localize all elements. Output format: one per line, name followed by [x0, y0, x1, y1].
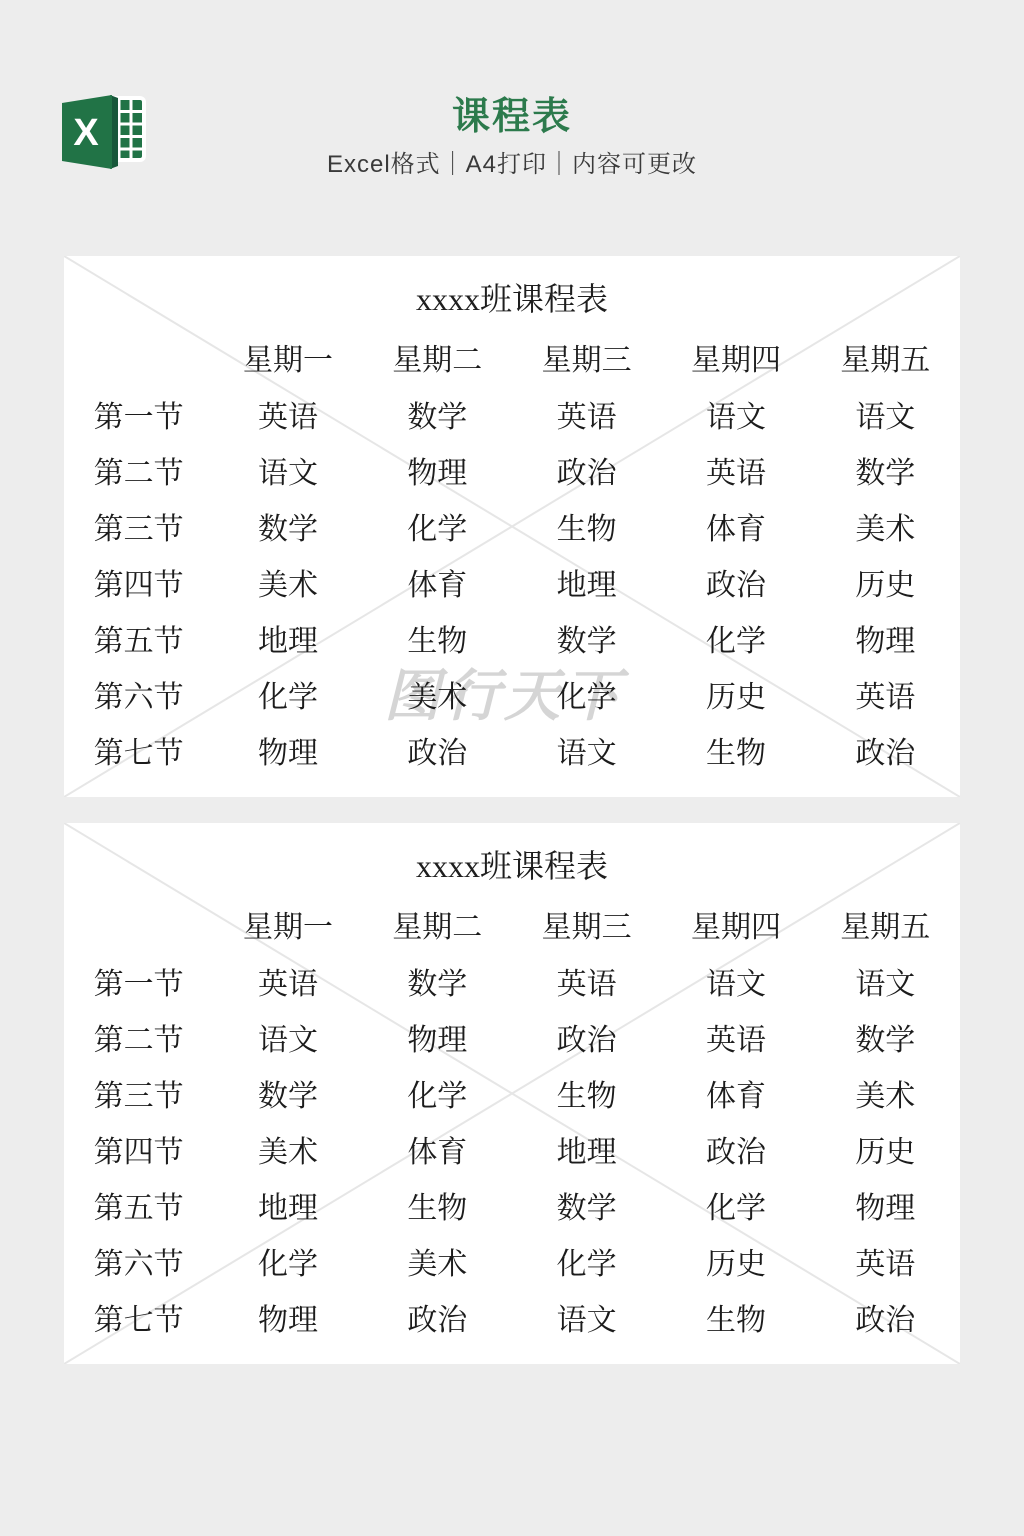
subject-cell: 地理 [213, 610, 362, 666]
period-label-cell: 第四节 [64, 554, 213, 610]
table-body: 第一节英语数学英语语文语文第二节语文物理政治英语数学第三节数学化学生物体育美术第… [64, 386, 960, 778]
period-label-cell: 第二节 [64, 1009, 213, 1065]
period-label-cell: 第七节 [64, 1289, 213, 1345]
table-row: 第七节物理政治语文生物政治 [64, 1289, 960, 1345]
period-label-cell: 第五节 [64, 1177, 213, 1233]
table-row: 第一节英语数学英语语文语文 [64, 386, 960, 442]
subject-cell: 英语 [661, 442, 810, 498]
period-label-cell: 第三节 [64, 498, 213, 554]
table-row: 第四节美术体育地理政治历史 [64, 1121, 960, 1177]
subject-cell: 语文 [811, 953, 960, 1009]
subject-cell: 政治 [811, 722, 960, 778]
subject-cell: 政治 [512, 442, 661, 498]
table-row: 第二节语文物理政治英语数学 [64, 1009, 960, 1065]
page-subtitle: Excel格式｜A4打印｜内容可更改 [0, 151, 1024, 179]
subject-cell: 英语 [811, 1233, 960, 1289]
day-header-cell: 星期二 [363, 895, 512, 953]
subject-cell: 语文 [661, 386, 810, 442]
subject-cell: 生物 [661, 1289, 810, 1345]
schedule-panel-top: 图行天下 xxxx班课程表 星期一星期二星期三星期四星期五 第一节英语数学英语语… [64, 256, 960, 797]
corner-cell [64, 328, 213, 386]
day-header-cell: 星期一 [213, 895, 362, 953]
subject-cell: 数学 [811, 442, 960, 498]
table-header-row: 星期一星期二星期三星期四星期五 [64, 895, 960, 953]
subject-cell: 政治 [363, 1289, 512, 1345]
subject-cell: 物理 [363, 442, 512, 498]
subject-cell: 语文 [811, 386, 960, 442]
period-label-cell: 第一节 [64, 386, 213, 442]
subject-cell: 英语 [661, 1009, 810, 1065]
subject-cell: 语文 [512, 1289, 661, 1345]
subject-cell: 物理 [213, 722, 362, 778]
subject-cell: 物理 [363, 1009, 512, 1065]
subject-cell: 化学 [363, 1065, 512, 1121]
subject-cell: 数学 [512, 1177, 661, 1233]
subject-cell: 地理 [512, 1121, 661, 1177]
table-header-row: 星期一星期二星期三星期四星期五 [64, 328, 960, 386]
subject-cell: 体育 [661, 498, 810, 554]
day-header-cell: 星期三 [512, 328, 661, 386]
subject-cell: 语文 [512, 722, 661, 778]
subject-cell: 政治 [661, 554, 810, 610]
subject-cell: 政治 [363, 722, 512, 778]
table-row: 第二节语文物理政治英语数学 [64, 442, 960, 498]
period-label-cell: 第二节 [64, 442, 213, 498]
table-row: 第六节化学美术化学历史英语 [64, 1233, 960, 1289]
subject-cell: 英语 [512, 386, 661, 442]
subject-cell: 数学 [811, 1009, 960, 1065]
subject-cell: 数学 [363, 386, 512, 442]
subject-cell: 化学 [213, 1233, 362, 1289]
day-header-cell: 星期三 [512, 895, 661, 953]
day-header-cell: 星期五 [811, 895, 960, 953]
subject-cell: 英语 [213, 386, 362, 442]
subject-cell: 生物 [661, 722, 810, 778]
period-label-cell: 第四节 [64, 1121, 213, 1177]
subject-cell: 政治 [811, 1289, 960, 1345]
subject-cell: 体育 [363, 554, 512, 610]
table-row: 第五节地理生物数学化学物理 [64, 1177, 960, 1233]
subject-cell: 历史 [811, 554, 960, 610]
subject-cell: 数学 [213, 1065, 362, 1121]
subject-cell: 生物 [512, 1065, 661, 1121]
excel-icon-letter: X [73, 112, 99, 154]
subject-cell: 地理 [213, 1177, 362, 1233]
day-header-cell: 星期五 [811, 328, 960, 386]
subject-cell: 美术 [213, 1121, 362, 1177]
schedule-table: xxxx班课程表 星期一星期二星期三星期四星期五 第一节英语数学英语语文语文第二… [64, 280, 960, 778]
subject-cell: 美术 [811, 498, 960, 554]
table-row: 第七节物理政治语文生物政治 [64, 722, 960, 778]
subject-cell: 历史 [811, 1121, 960, 1177]
schedule-table: xxxx班课程表 星期一星期二星期三星期四星期五 第一节英语数学英语语文语文第二… [64, 847, 960, 1345]
subject-cell: 历史 [661, 1233, 810, 1289]
period-label-cell: 第五节 [64, 610, 213, 666]
subject-cell: 美术 [363, 1233, 512, 1289]
period-label-cell: 第六节 [64, 1233, 213, 1289]
subject-cell: 地理 [512, 554, 661, 610]
subject-cell: 英语 [512, 953, 661, 1009]
page-title: 课程表 [0, 0, 1024, 137]
table-row: 第一节英语数学英语语文语文 [64, 953, 960, 1009]
subject-cell: 历史 [661, 666, 810, 722]
subject-cell: 生物 [512, 498, 661, 554]
day-header-cell: 星期四 [661, 895, 810, 953]
subject-cell: 化学 [512, 666, 661, 722]
subject-cell: 美术 [363, 666, 512, 722]
period-label-cell: 第三节 [64, 1065, 213, 1121]
table-row: 第四节美术体育地理政治历史 [64, 554, 960, 610]
subject-cell: 英语 [213, 953, 362, 1009]
subject-cell: 英语 [811, 666, 960, 722]
subject-cell: 体育 [363, 1121, 512, 1177]
table-title: xxxx班课程表 [64, 280, 960, 318]
subject-cell: 化学 [363, 498, 512, 554]
day-header-cell: 星期一 [213, 328, 362, 386]
subject-cell: 政治 [661, 1121, 810, 1177]
corner-cell [64, 895, 213, 953]
subject-cell: 美术 [213, 554, 362, 610]
table-title: xxxx班课程表 [64, 847, 960, 885]
subject-cell: 生物 [363, 1177, 512, 1233]
subject-cell: 体育 [661, 1065, 810, 1121]
subject-cell: 语文 [213, 1009, 362, 1065]
excel-logo-icon: X [62, 94, 146, 170]
schedule-panel-bottom: xxxx班课程表 星期一星期二星期三星期四星期五 第一节英语数学英语语文语文第二… [64, 823, 960, 1364]
subject-cell: 美术 [811, 1065, 960, 1121]
page: X 课程表 Excel格式｜A4打印｜内容可更改 图行天下 xxxx班课程表 星… [0, 0, 1024, 1536]
subject-cell: 化学 [661, 1177, 810, 1233]
table-body: 第一节英语数学英语语文语文第二节语文物理政治英语数学第三节数学化学生物体育美术第… [64, 953, 960, 1345]
subject-cell: 语文 [661, 953, 810, 1009]
subject-cell: 化学 [512, 1233, 661, 1289]
table-row: 第六节化学美术化学历史英语 [64, 666, 960, 722]
period-label-cell: 第七节 [64, 722, 213, 778]
table-row: 第三节数学化学生物体育美术 [64, 1065, 960, 1121]
subject-cell: 物理 [811, 610, 960, 666]
subject-cell: 化学 [661, 610, 810, 666]
period-label-cell: 第一节 [64, 953, 213, 1009]
subject-cell: 数学 [363, 953, 512, 1009]
subject-cell: 化学 [213, 666, 362, 722]
subject-cell: 语文 [213, 442, 362, 498]
period-label-cell: 第六节 [64, 666, 213, 722]
subject-cell: 生物 [363, 610, 512, 666]
day-header-cell: 星期四 [661, 328, 810, 386]
page-header: X 课程表 Excel格式｜A4打印｜内容可更改 [0, 0, 1024, 256]
table-row: 第五节地理生物数学化学物理 [64, 610, 960, 666]
day-header-cell: 星期二 [363, 328, 512, 386]
subject-cell: 数学 [512, 610, 661, 666]
subject-cell: 政治 [512, 1009, 661, 1065]
subject-cell: 数学 [213, 498, 362, 554]
table-row: 第三节数学化学生物体育美术 [64, 498, 960, 554]
subject-cell: 物理 [213, 1289, 362, 1345]
subject-cell: 物理 [811, 1177, 960, 1233]
